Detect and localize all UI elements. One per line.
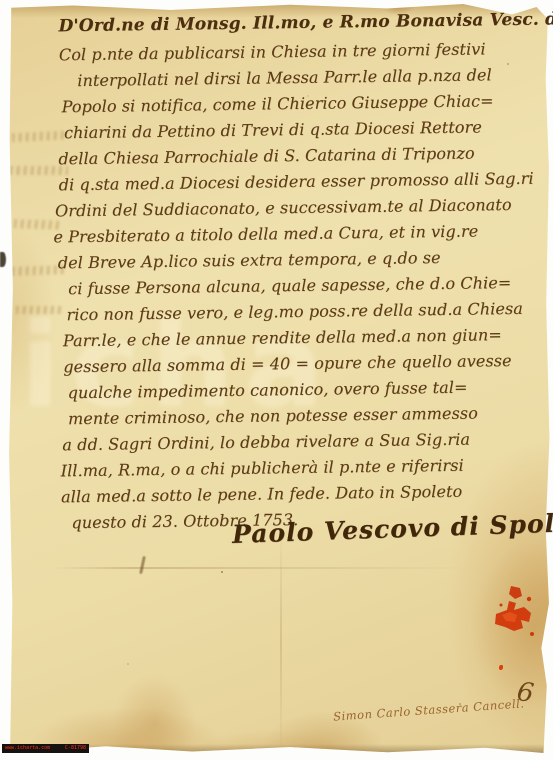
manuscript-body: Col p.nte da publicarsi in Chiesa in tre… bbox=[53, 39, 546, 540]
wax-seal-speck bbox=[499, 665, 503, 670]
watermark-code-label: C-81798 bbox=[65, 746, 86, 751]
archive-watermark-bar: www.icharta.com C-81798 bbox=[2, 744, 89, 753]
horizontal-fold-crease bbox=[50, 567, 470, 569]
manuscript-text-block: D'Ord.ne di Monsg. Ill.mo, e R.mo Bonavi… bbox=[52, 10, 545, 540]
red-wax-seal bbox=[484, 584, 542, 652]
left-edge-ink-blot bbox=[0, 252, 6, 267]
ink-tick-mark bbox=[139, 556, 146, 574]
vertical-fold-crease bbox=[280, 524, 282, 760]
watermark-site-label: www.icharta.com bbox=[5, 746, 50, 751]
verso-show-through bbox=[16, 306, 62, 314]
manuscript-scan: icha D'Ord.ne di Monsg. Ill.mo, e R.mo B… bbox=[0, 0, 553, 760]
